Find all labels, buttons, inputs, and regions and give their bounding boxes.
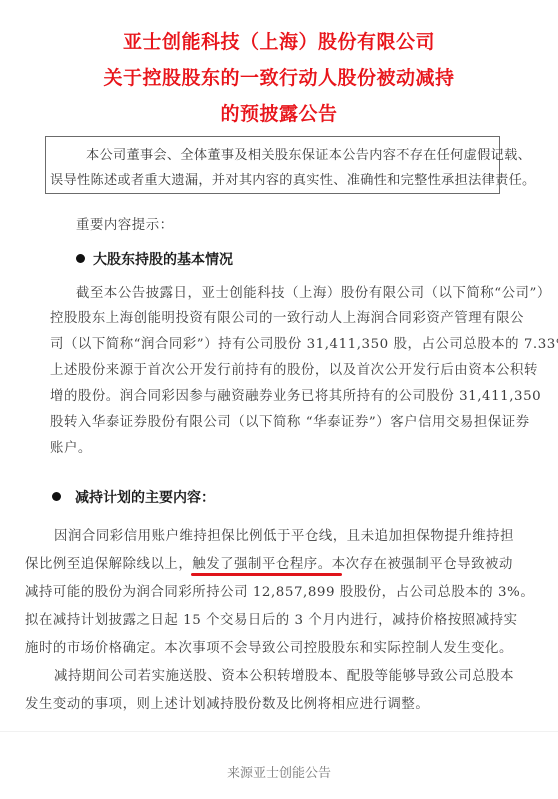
paragraph-line: 司（以下简称“润合同彩”）持有公司股份 31,411,350 股，占公司总股本的… [50, 333, 558, 352]
section-heading-reduction-plan: 减持计划的主要内容： [75, 487, 215, 507]
paragraph-line: 减持可能的股份为润合同彩所持公司 12,857,899 股股份，占公司总股本的 … [25, 581, 534, 600]
title-company-name: 亚士创能科技（上海）股份有限公司 [0, 27, 558, 54]
paragraph-line: 账户。 [50, 437, 92, 456]
disclaimer-notice-box: 本公司董事会、全体董事及相关股东保证本公告内容不存在任何虚假记载、 误导性陈述或… [45, 136, 500, 194]
section-heading-shareholding: 大股东持股的基本情况 [93, 249, 233, 269]
title-announcement-type: 的预披露公告 [0, 99, 558, 126]
paragraph-line-highlighted: 保比例至追保解除线以上，触发了强制平仓程序。本次存在被强制平仓导致被动 [25, 553, 513, 572]
announcement-document-image: 亚士创能科技（上海）股份有限公司 关于控股股东的一致行动人股份被动减持 的预披露… [0, 0, 558, 732]
paragraph-line: 发生变动的事项，则上述计划减持股份数及比例将相应进行调整。 [25, 693, 429, 712]
disclaimer-line: 本公司董事会、全体董事及相关股东保证本公告内容不存在任何虚假记载、 [86, 144, 531, 163]
bullet-icon [76, 254, 85, 263]
paragraph-line: 减持期间公司若实施送股、资本公积转增股本、配股等能够导致公司总股本 [54, 665, 514, 684]
paragraph-line: 因润合同彩信用账户维持担保比例低于平仓线，且未追加担保物提升维持担 [54, 525, 514, 544]
disclaimer-line: 误导性陈述或者重大遗漏，并对其内容的真实性、准确性和完整性承担法律责任。 [50, 169, 536, 188]
paragraph-line: 拟在减持计划披露之日起 15 个交易日后的 3 个月内进行，减持价格按照减持实 [25, 609, 518, 628]
paragraph-line: 股转入华泰证券股份有限公司（以下简称 “华泰证券”）客户信用交易担保证券 [50, 411, 530, 430]
paragraph-line: 上述股份来源于首次公开发行前持有的股份，以及首次公开发行后由资本公积转 [50, 359, 538, 378]
bullet-icon [52, 492, 61, 501]
paragraph-line: 施时的市场价格确定。本次事项不会导致公司控股股东和实际控制人发生变化。 [25, 637, 513, 656]
highlight-underline [191, 573, 342, 576]
paragraph-line: 控股股东上海创能明投资有限公司的一致行动人上海润合同彩资产管理有限公 [50, 307, 524, 326]
key-points-label: 重要内容提示： [76, 214, 174, 233]
image-caption-source: 来源亚士创能公告 [0, 762, 558, 781]
paragraph-line: 截至本公告披露日，亚士创能科技（上海）股份有限公司（以下简称“公司”） [76, 282, 551, 301]
paragraph-line: 增的股份。润合同彩因参与融资融券业务已将其所持有的公司股份 31,411,350 [50, 385, 541, 404]
title-subject: 关于控股股东的一致行动人股份被动减持 [0, 63, 558, 90]
